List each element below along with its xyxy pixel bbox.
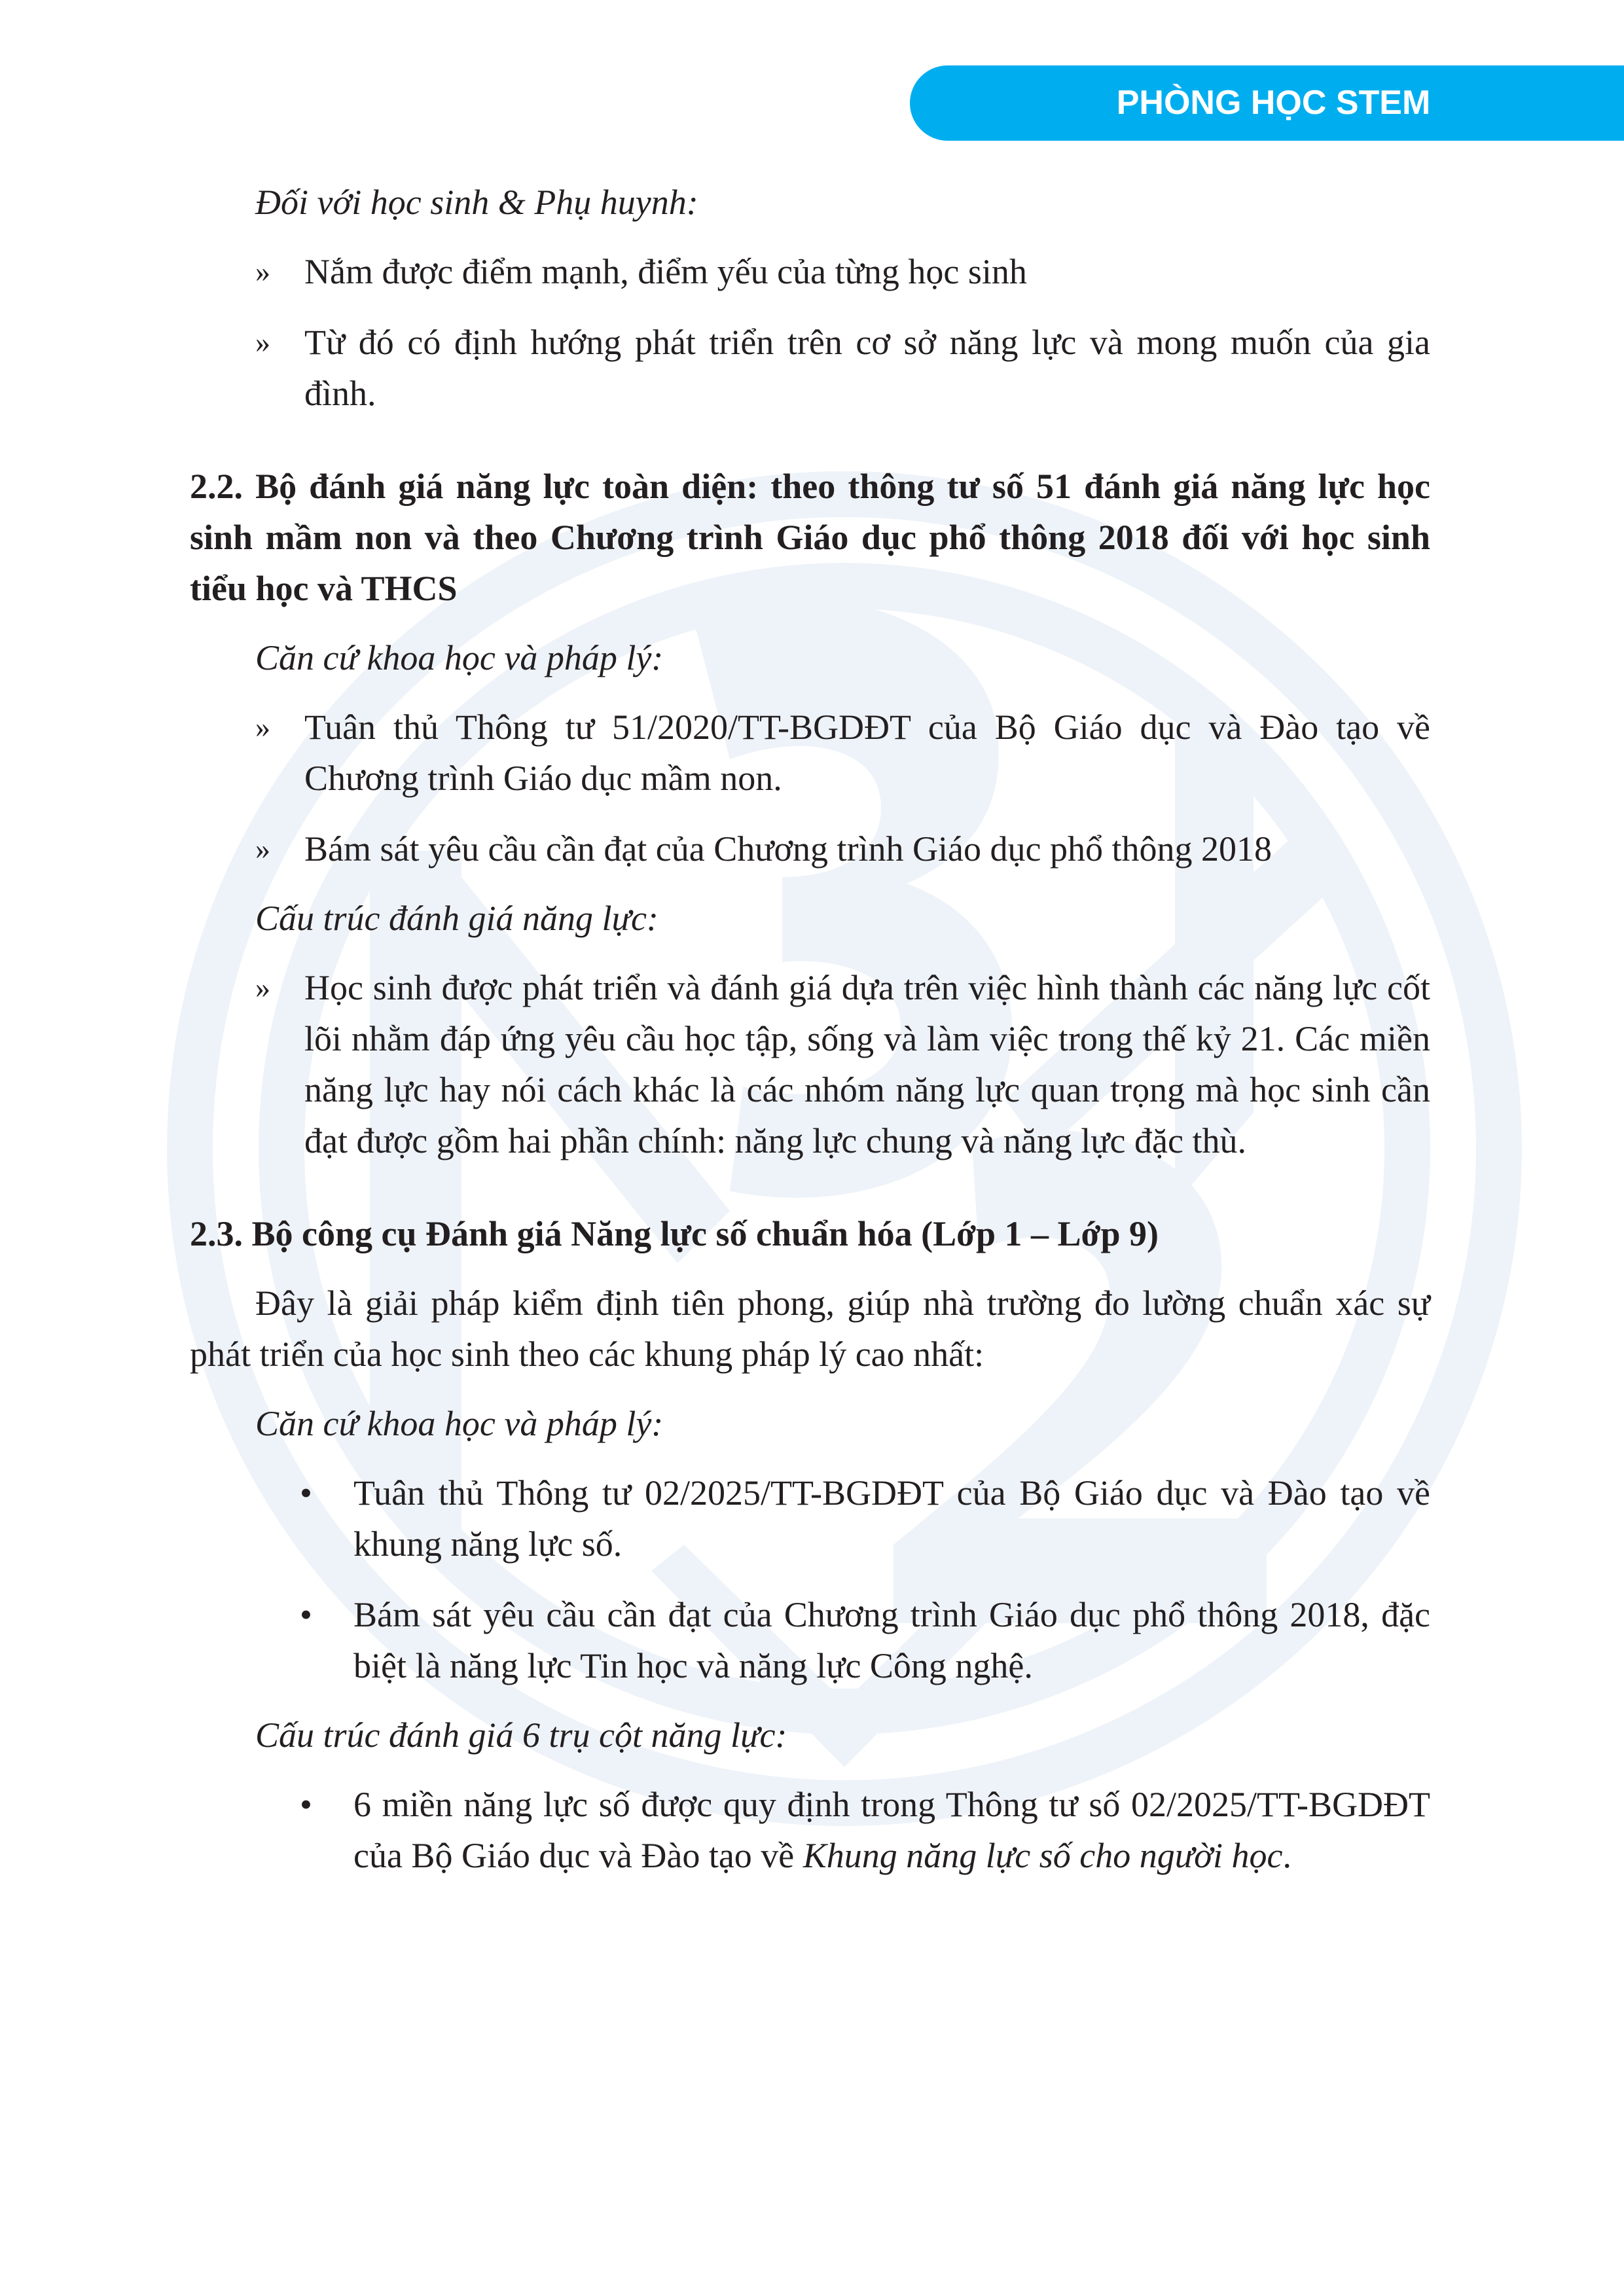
bullet-dot-icon: •: [300, 1467, 312, 1518]
section-2-3-structure-list: • 6 miền năng lực số được quy định trong…: [190, 1779, 1430, 1881]
section-2-2-title: 2.2. Bộ đánh giá năng lực toàn diện: the…: [190, 461, 1430, 614]
header-tab-label: PHÒNG HỌC STEM: [910, 65, 1624, 141]
list-item: » Bám sát yêu cầu cần đạt của Chương trì…: [190, 823, 1430, 874]
list-item-text: Nắm được điểm mạnh, điểm yếu của từng họ…: [304, 252, 1027, 291]
raquo-bullet-icon: »: [255, 823, 270, 874]
intro-subhead: Đối với học sinh & Phụ huynh:: [255, 177, 1430, 228]
raquo-bullet-icon: »: [255, 702, 270, 753]
list-item: » Nắm được điểm mạnh, điểm yếu của từng …: [190, 246, 1430, 297]
list-item-text: Từ đó có định hướng phát triển trên cơ s…: [304, 323, 1430, 413]
list-item-text: Tuân thủ Thông tư 51/2020/TT-BGDĐT của B…: [304, 708, 1430, 798]
intro-list: » Nắm được điểm mạnh, điểm yếu của từng …: [190, 246, 1430, 419]
list-item-text-end: .: [1282, 1836, 1291, 1875]
section-2-3-intro: Đây là giải pháp kiểm định tiên phong, g…: [190, 1278, 1430, 1380]
section-2-2-basis-list: » Tuân thủ Thông tư 51/2020/TT-BGDĐT của…: [190, 702, 1430, 874]
bullet-dot-icon: •: [300, 1589, 312, 1640]
bullet-dot-icon: •: [300, 1779, 312, 1830]
list-item-text: Bám sát yêu cầu cần đạt của Chương trình…: [304, 829, 1272, 869]
section-2-2-structure-list: » Học sinh được phát triển và đánh giá d…: [190, 962, 1430, 1166]
list-item: • Bám sát yêu cầu cần đạt của Chương trì…: [190, 1589, 1430, 1691]
header-section-tab: PHÒNG HỌC STEM: [910, 65, 1624, 141]
list-item-text: Học sinh được phát triển và đánh giá dựa…: [304, 968, 1430, 1160]
page-content: Đối với học sinh & Phụ huynh: » Nắm được…: [190, 177, 1430, 1881]
section-2-3-basis-list: • Tuân thủ Thông tư 02/2025/TT-BGDĐT của…: [190, 1467, 1430, 1691]
list-item: » Tuân thủ Thông tư 51/2020/TT-BGDĐT của…: [190, 702, 1430, 804]
list-item: » Từ đó có định hướng phát triển trên cơ…: [190, 317, 1430, 419]
section-2-3-basis-subhead: Căn cứ khoa học và pháp lý:: [255, 1398, 1430, 1449]
list-item: • Tuân thủ Thông tư 02/2025/TT-BGDĐT của…: [190, 1467, 1430, 1570]
section-2-2-basis-subhead: Căn cứ khoa học và pháp lý:: [255, 632, 1430, 683]
list-item-text: Tuân thủ Thông tư 02/2025/TT-BGDĐT của B…: [353, 1473, 1430, 1564]
section-2-2-structure-subhead: Cấu trúc đánh giá năng lực:: [255, 893, 1430, 944]
list-item: » Học sinh được phát triển và đánh giá d…: [190, 962, 1430, 1166]
list-item-text-italic: Khung năng lực số cho người học: [803, 1836, 1283, 1875]
list-item: • 6 miền năng lực số được quy định trong…: [190, 1779, 1430, 1881]
section-2-3-structure-subhead: Cấu trúc đánh giá 6 trụ cột năng lực:: [255, 1710, 1430, 1761]
raquo-bullet-icon: »: [255, 317, 270, 368]
list-item-text: Bám sát yêu cầu cần đạt của Chương trình…: [353, 1595, 1430, 1685]
raquo-bullet-icon: »: [255, 246, 270, 297]
raquo-bullet-icon: »: [255, 962, 270, 1013]
list-item-text: 6 miền năng lực số được quy định trong T…: [353, 1785, 1430, 1875]
section-2-3-title: 2.3. Bộ công cụ Đánh giá Năng lực số chu…: [190, 1208, 1430, 1259]
